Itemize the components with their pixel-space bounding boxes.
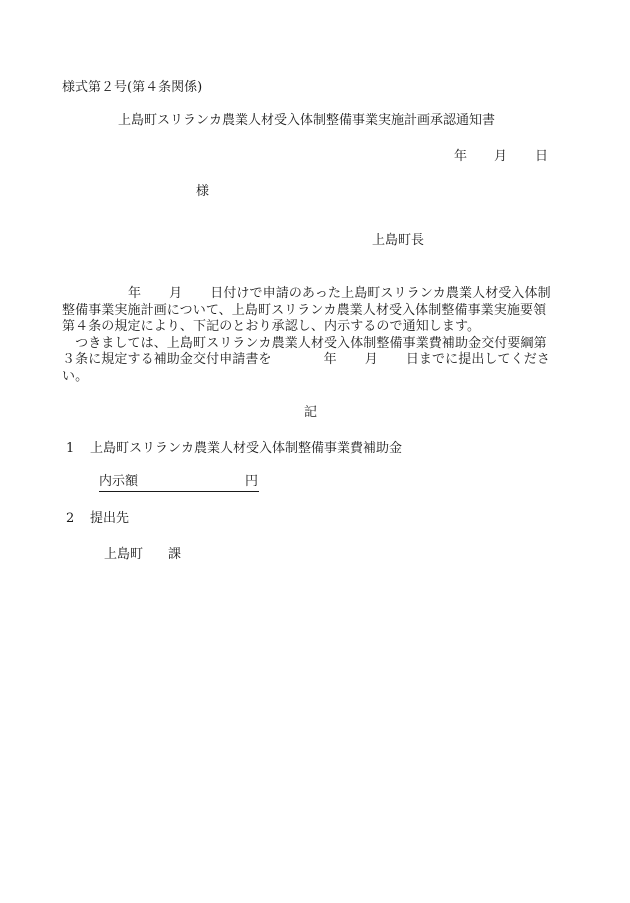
body-line-2: 整備事業実施計画について、上島町スリランカ農業人材受入体制整備事業実施要領 (62, 303, 562, 320)
item-1-label: 上島町スリランカ農業人材受入体制整備事業費補助金 (90, 441, 402, 457)
date-day: 日 (535, 149, 548, 165)
body-line-1: 年月日付けで申請のあった上島町スリランカ農業人材受入体制 (62, 286, 562, 303)
item-1-amount-field: 内示額 円 (99, 474, 259, 492)
form-number: 様式第２号(第４条関係) (62, 80, 202, 96)
body-paragraph: 年月日付けで申請のあった上島町スリランカ農業人材受入体制 整備事業実施計画につい… (62, 286, 562, 386)
body-line-5: ３条に規定する補助金交付申請書を年月日までに提出してくださ (62, 352, 562, 369)
note-heading: 記 (304, 405, 317, 421)
sender-name: 上島町長 (372, 233, 424, 249)
item-2-destination-town: 上島町 (104, 547, 143, 563)
item-2-label: 提出先 (90, 511, 129, 527)
body-line-4: つきましては、上島町スリランカ農業人材受入体制整備事業費補助金交付要綱第 (62, 336, 562, 353)
item-2-destination-section: 課 (168, 547, 181, 563)
date-month: 月 (494, 149, 507, 165)
item-1-number: 1 (66, 441, 74, 457)
addressee-suffix: 様 (196, 184, 209, 200)
body-line-3: 第４条の規定により、下記のとおり承認し、内示するので通知します。 (62, 319, 562, 336)
date-year: 年 (454, 149, 467, 165)
body-line-6: い。 (62, 369, 562, 386)
item-2-number: 2 (66, 511, 74, 527)
document-title: 上島町スリランカ農業人材受入体制整備事業実施計画承認通知書 (118, 113, 495, 129)
